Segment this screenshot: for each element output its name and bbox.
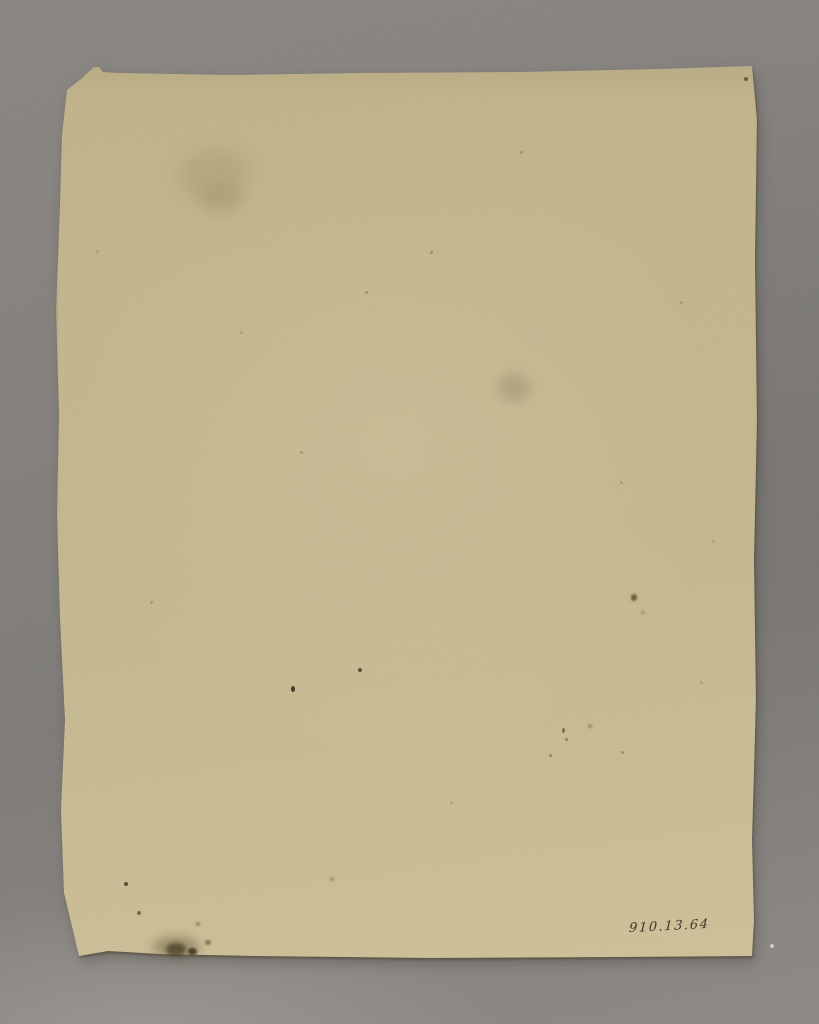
- photo-canvas: 910.13.64: [0, 0, 819, 1024]
- paper-shadow-wrap: [0, 0, 819, 1024]
- paper-sheet: [55, 62, 759, 961]
